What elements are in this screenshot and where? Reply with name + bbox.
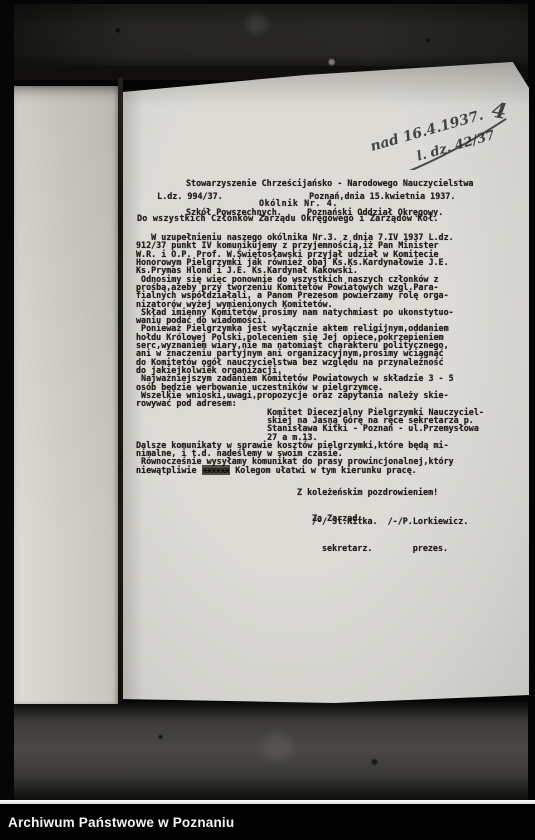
blank-page-edge [14, 86, 119, 704]
closing-line1: Z koleżeńskim pozdrowieniem! [297, 488, 438, 497]
signature-titles-row: sekretarz. prezes. [322, 544, 468, 553]
film-band-bottom [0, 702, 535, 802]
addressee-line: Do wszystkich Członków Zarządu Okręgoweg… [137, 213, 439, 223]
signature-block: /-/ St.Kitka. /-/P.Lorkiewicz. sekretarz… [312, 499, 468, 571]
film-band-top [0, 4, 535, 70]
circular-title: Okólnik Nr. 4. [259, 198, 338, 208]
struck-word: xxxxxx [202, 465, 231, 475]
film-left-edge [0, 0, 14, 802]
signature-row: /-/ St.Kitka. /-/P.Lorkiewicz. [312, 517, 468, 526]
archive-name-label: Archiwum Państwowe w Poznaniu [8, 815, 234, 830]
letter-body: W uzupełnieniu naszego okólnika Nr.3. z … [136, 233, 484, 474]
page-fold-shadow [118, 78, 123, 704]
microfilm-scan: nad 16.4.1937. l. dz. 42/37 4 Stowarzysz… [0, 0, 535, 840]
archive-watermark-bar: Archiwum Państwowe w Poznaniu [0, 804, 535, 840]
